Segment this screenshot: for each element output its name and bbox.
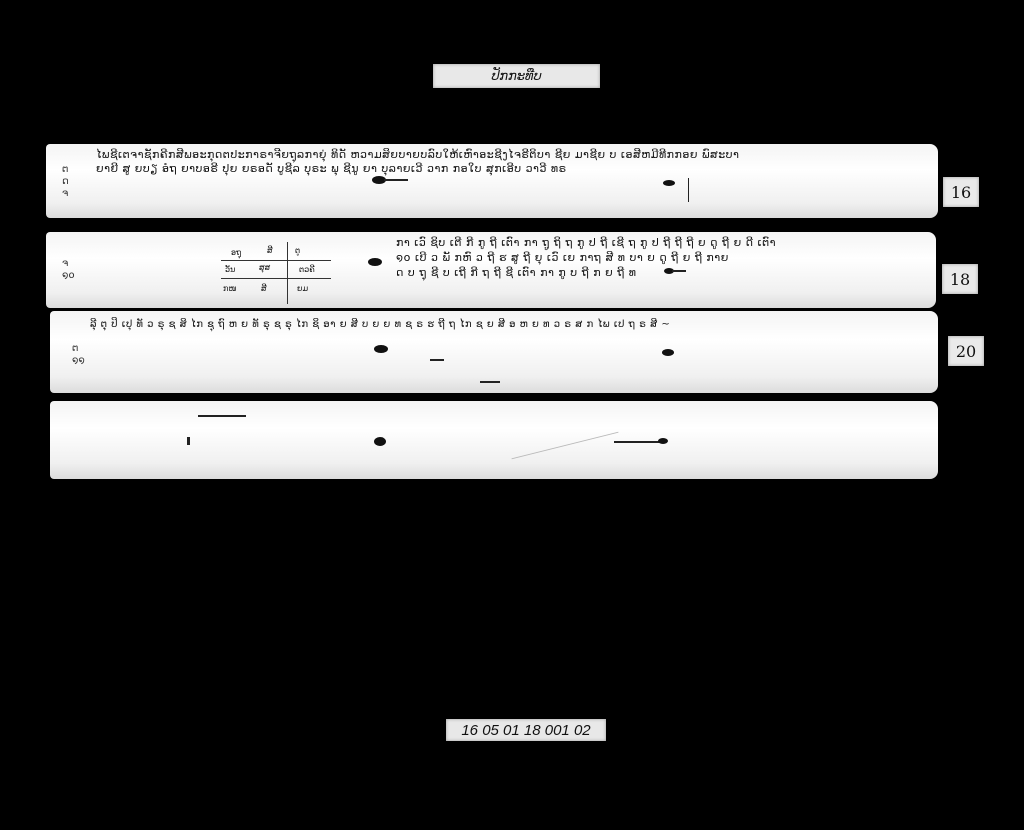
diagram-cell: ສີ: [267, 246, 273, 255]
hole-tail: [614, 441, 664, 443]
diagram-cell: ຕວຄີ: [299, 265, 315, 274]
palm-leaf-1: ຕ ດ ຈ ໄພຊີເຕຈາຊັກຄີກສີພອະກຸດຕປະກາຣາຈີຍຖຸ…: [46, 144, 938, 218]
manuscript-line: ໄພຊີເຕຈາຊັກຄີກສີພອະກຸດຕປະກາຣາຈີຍຖຸລກາຍຸ່…: [96, 148, 740, 161]
ink-mark: [480, 381, 500, 383]
page-number-tag-16: 16: [943, 177, 979, 207]
diagram-cell: ສຸສ: [259, 263, 270, 272]
binding-hole: [658, 438, 668, 444]
leaf-side-marks: ຕ ໑໑: [72, 343, 85, 367]
side-mark: ຈ: [62, 258, 75, 270]
leaf-side-marks: ຈ ໑໐: [62, 258, 75, 282]
side-mark: ຕ: [72, 343, 85, 355]
binding-hole: [368, 258, 382, 266]
hole-tail: [672, 270, 686, 272]
manuscript-line: ຍາຍີ ສູ ຍບຽ ອໍຖ ຍາບອຣີ ປຸຍ ຍຣອດັ ບູຊີລ ບ…: [96, 162, 567, 175]
manuscript-line: ລຸີ ຕຸຸ ປິ ເປຸ ທັ ວ ຣຸ ຊ ສິ ໄກ ຊຸ ຖົ ຫ ຍ…: [90, 319, 670, 330]
binding-hole: [374, 345, 388, 353]
diagram-cell: ອຖຸ: [231, 248, 241, 257]
side-mark: ດ: [62, 176, 69, 188]
crack-mark: [512, 432, 619, 460]
ink-mark: [187, 437, 190, 445]
diagram-cell: ສີ: [261, 284, 267, 293]
binding-hole: [662, 349, 674, 356]
side-mark: ໑໑: [72, 355, 85, 367]
header-title-label: ປັກກະທືບ: [433, 64, 600, 88]
side-mark: ໑໐: [62, 270, 75, 282]
manuscript-line: ໑໐ ເບີ ວ ພັ ກຫົ ວ ຖີ ຮ ສູ ຖີ ຍຸ ເວົ ເຍ ກ…: [396, 251, 729, 264]
side-mark: ຕ: [62, 164, 69, 176]
palm-leaf-4-blank: [50, 401, 938, 479]
ink-mark: [430, 359, 444, 361]
side-mark: ຈ: [62, 188, 69, 200]
diagram-cell: ຕູ: [295, 246, 300, 255]
catalog-number-label: 16 05 01 18 001 02: [446, 719, 606, 741]
binding-hole: [374, 437, 386, 446]
manuscript-line: ດ ບ ຖຸ ຊີ ບ ເຖີ ກີ ຖ ຖີ ຊີ ເຕົາ ກາ ກູ ບ …: [396, 266, 636, 279]
page-number-tag-20: 20: [948, 336, 984, 366]
leaf-side-marks: ຕ ດ ຈ: [62, 164, 69, 200]
ink-mark: [198, 415, 246, 417]
diagram-cell: ກໜ: [223, 284, 237, 293]
crack-mark: [688, 178, 689, 202]
palm-leaf-2: ຈ ໑໐ ອຖຸ ສີ ຕູ ວັນ ສຸສ ຕວຄີ ກໜ ສີ ຍມ ກາ …: [46, 232, 936, 308]
diagram-cell: ຍມ: [297, 284, 308, 293]
page-number-tag-18: 18: [942, 264, 978, 294]
binding-hole: [663, 180, 675, 186]
manuscript-line: ກາ ເວົ ຊິບ ເຕີ ກີ ກູ ຖີ ເຕົາ ກາ ຖູ ຖິ ຖ …: [396, 236, 776, 249]
diagram-cell: ວັນ: [225, 265, 235, 274]
palm-leaf-3: ຕ ໑໑ ລຸີ ຕຸຸ ປິ ເປຸ ທັ ວ ຣຸ ຊ ສິ ໄກ ຊຸ ຖ…: [50, 311, 938, 393]
astrological-grid-diagram: ອຖຸ ສີ ຕູ ວັນ ສຸສ ຕວຄີ ກໜ ສີ ຍມ: [221, 242, 331, 304]
hole-tail: [384, 179, 408, 181]
